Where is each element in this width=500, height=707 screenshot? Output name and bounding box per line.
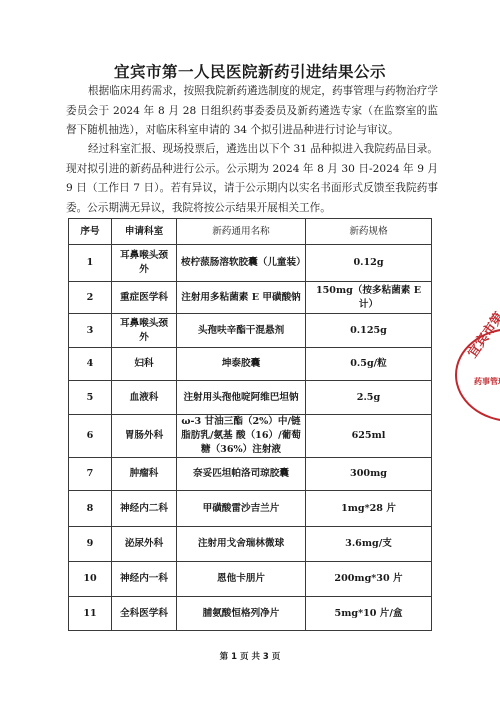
- cell-drug-name: 头孢呋辛酯干混悬剂: [177, 314, 306, 348]
- intro-paragraph: 根据临床用药需求，按照我院新药遴选制度的规定，药事管理与药物治疗学委员会于 20…: [66, 82, 438, 141]
- cell-no: 4: [69, 348, 112, 381]
- cell-dept: 肿瘤科: [112, 458, 177, 491]
- cell-drug-name: 注射用多粘菌素 E 甲磺酸钠: [177, 282, 306, 314]
- document-title: 宜宾市第一人民医院新药引进结果公示: [0, 60, 500, 82]
- cell-drug-name: 脯氨酸恒格列净片: [177, 597, 306, 631]
- cell-dept: 全科医学科: [112, 597, 177, 631]
- table-row: 10 神经内一科 恩他卡朋片 200mg*30 片: [69, 562, 432, 597]
- table-row: 1 耳鼻喉头颈外 桉柠蒎肠溶软胶囊（儿童装） 0.12g: [69, 245, 432, 282]
- header-spec: 新药规格: [306, 219, 432, 245]
- seal-bottom-text: 药事管理: [474, 376, 500, 387]
- header-drug-name: 新药通用名称: [177, 219, 306, 245]
- cell-no: 9: [69, 527, 112, 562]
- cell-dept: 耳鼻喉头颈外: [112, 245, 177, 282]
- cell-spec: 0.5g/粒: [306, 348, 432, 381]
- cell-spec: 0.12g: [306, 245, 432, 282]
- cell-spec: 1mg*28 片: [306, 491, 432, 527]
- cell-dept: 血液科: [112, 381, 177, 415]
- table-row: 7 肿瘤科 奈妥匹坦帕洛司琼胶囊 300mg: [69, 458, 432, 491]
- table-row: 11 全科医学科 脯氨酸恒格列净片 5mg*10 片/盒: [69, 597, 432, 631]
- drug-list-table: 序号 申请科室 新药通用名称 新药规格 1 耳鼻喉头颈外 桉柠蒎肠溶软胶囊（儿童…: [68, 218, 432, 631]
- paragraph-2-text: 经过科室汇报、现场投票后，遴选出以下个 31 品种拟进入我院药品目录。现对拟引进…: [66, 143, 438, 214]
- cell-no: 3: [69, 314, 112, 348]
- cell-dept: 神经内一科: [112, 562, 177, 597]
- notice-paragraph: 经过科室汇报、现场投票后，遴选出以下个 31 品种拟进入我院药品目录。现对拟引进…: [66, 140, 438, 218]
- header-no: 序号: [69, 219, 112, 245]
- cell-spec: 200mg*30 片: [306, 562, 432, 597]
- cell-spec: 5mg*10 片/盒: [306, 597, 432, 631]
- cell-drug-name: ω-3 甘油三酯（2%）中/链脂肪乳/氨基 酸（16）/葡萄糖（36%）注射液: [177, 415, 306, 458]
- cell-drug-name: 坤泰胶囊: [177, 348, 306, 381]
- table-row: 8 神经内二科 甲磺酸雷沙吉兰片 1mg*28 片: [69, 491, 432, 527]
- table-row: 2 重症医学科 注射用多粘菌素 E 甲磺酸钠 150mg（按多粘菌素 E 计）: [69, 282, 432, 314]
- cell-spec: 300mg: [306, 458, 432, 491]
- cell-spec: 150mg（按多粘菌素 E 计）: [306, 282, 432, 314]
- cell-no: 7: [69, 458, 112, 491]
- cell-drug-name: 奈妥匹坦帕洛司琼胶囊: [177, 458, 306, 491]
- cell-no: 6: [69, 415, 112, 458]
- cell-dept: 胃肠外科: [112, 415, 177, 458]
- cell-drug-name: 桉柠蒎肠溶软胶囊（儿童装）: [177, 245, 306, 282]
- table-row: 3 耳鼻喉头颈外 头孢呋辛酯干混悬剂 0.125g: [69, 314, 432, 348]
- cell-spec: 2.5g: [306, 381, 432, 415]
- cell-drug-name: 注射用戈舍瑞林微球: [177, 527, 306, 562]
- cell-dept: 耳鼻喉头颈外: [112, 314, 177, 348]
- cell-no: 1: [69, 245, 112, 282]
- cell-drug-name: 甲磺酸雷沙吉兰片: [177, 491, 306, 527]
- table-row: 4 妇科 坤泰胶囊 0.5g/粒: [69, 348, 432, 381]
- cell-dept: 泌尿外科: [112, 527, 177, 562]
- header-dept: 申请科室: [112, 219, 177, 245]
- table-row: 6 胃肠外科 ω-3 甘油三酯（2%）中/链脂肪乳/氨基 酸（16）/葡萄糖（3…: [69, 415, 432, 458]
- cell-spec: 3.6mg/支: [306, 527, 432, 562]
- table-row: 5 血液科 注射用头孢他啶阿维巴坦钠 2.5g: [69, 381, 432, 415]
- page-number: 第 1 页 共 3 页: [0, 650, 500, 662]
- cell-dept: 神经内二科: [112, 491, 177, 527]
- cell-no: 11: [69, 597, 112, 631]
- cell-dept: 重症医学科: [112, 282, 177, 314]
- cell-drug-name: 注射用头孢他啶阿维巴坦钠: [177, 381, 306, 415]
- table-header-row: 序号 申请科室 新药通用名称 新药规格: [69, 219, 432, 245]
- cell-spec: 0.125g: [306, 314, 432, 348]
- table-row: 9 泌尿外科 注射用戈舍瑞林微球 3.6mg/支: [69, 527, 432, 562]
- cell-no: 5: [69, 381, 112, 415]
- paragraph-1-text: 根据临床用药需求，按照我院新药遴选制度的规定，药事管理与药物治疗学委员会于 20…: [66, 85, 438, 136]
- cell-no: 10: [69, 562, 112, 597]
- cell-drug-name: 恩他卡朋片: [177, 562, 306, 597]
- cell-spec: 625ml: [306, 415, 432, 458]
- cell-dept: 妇科: [112, 348, 177, 381]
- cell-no: 2: [69, 282, 112, 314]
- cell-no: 8: [69, 491, 112, 527]
